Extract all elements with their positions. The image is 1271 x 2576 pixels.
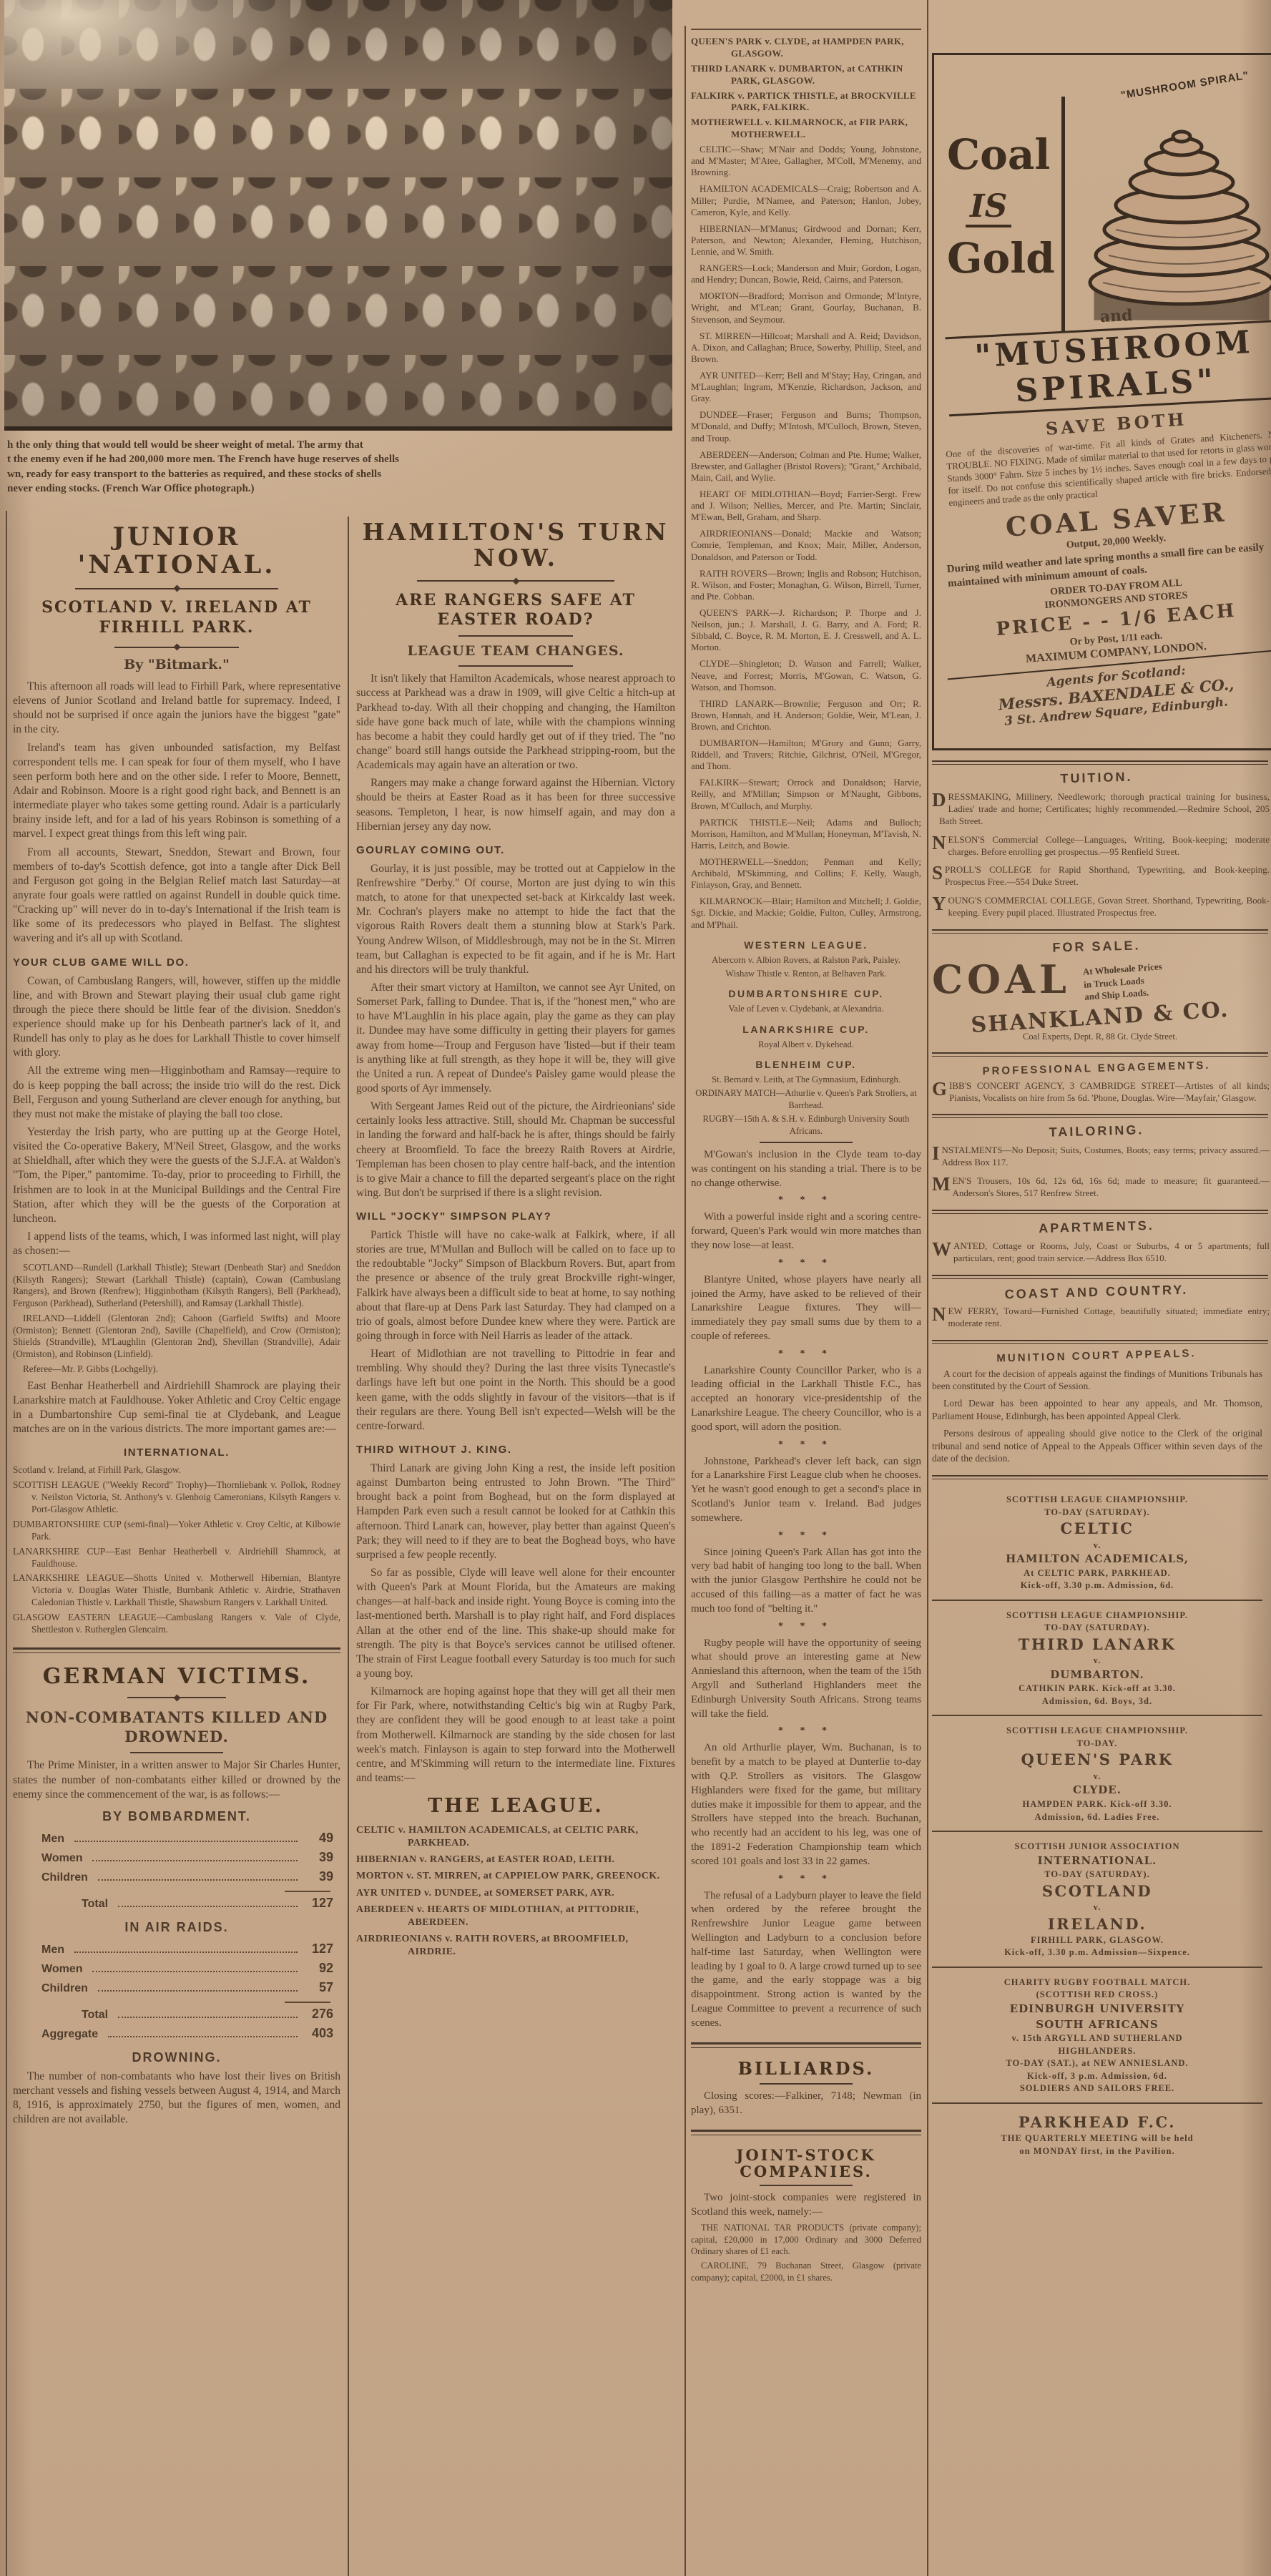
fixtures-list: Scotland v. Ireland, at Firhill Park, Gl… — [13, 1464, 340, 1636]
article-paragraph: East Benhar Heatherbell and Airdriehill … — [13, 1379, 340, 1437]
photo-caption: h the only thing that would tell would b… — [7, 438, 631, 496]
fixture-line: Abercorn v. Albion Rovers, at Ralston Pa… — [691, 954, 921, 966]
advert-line: Kick-off, 3.30 p.m. Admission, 6d. — [932, 1580, 1262, 1592]
advert-line: TO-DAY. — [932, 1738, 1262, 1750]
caption-line: wn, ready for easy transport to the batt… — [7, 467, 631, 481]
advert-line: CATHKIN PARK. Kick-off at 3.30. — [932, 1683, 1262, 1695]
classified-ad: INSTALMENTS—No Deposit; Suits, Costumes,… — [932, 1145, 1270, 1169]
event-advert: PARKHEAD F.C.THE QUARTERLY MEETING will … — [932, 2102, 1262, 2165]
news-note: Since joining Queen's Park Allan has got… — [691, 1546, 921, 1617]
column-rule-1-2 — [348, 516, 349, 2576]
advert-line: Kick-off, 3.30 p.m. Admission—Sixpence. — [932, 1946, 1262, 1959]
mushroom-spiral-ad: Coal IS Gold — [932, 53, 1271, 750]
casualty-row: Total276 — [13, 2004, 340, 2024]
tailoring-classifieds: INSTALMENTS—No Deposit; Suits, Costumes,… — [932, 1145, 1271, 1200]
bombardment-total: Total127 — [13, 1894, 340, 1913]
gold-word: Gold — [947, 235, 1054, 283]
rangers-safe-subtitle: ARE RANGERS SAFE AT EASTER ROAD? — [362, 591, 669, 630]
munition-paragraph: Lord Dewar has been appointed to hear an… — [932, 1397, 1262, 1423]
professional-head: PROFESSIONAL ENGAGEMENTS. — [932, 1058, 1261, 1079]
team-selection: HEART OF MIDLOTHIAN—Boyd; Farrier-Sergt.… — [691, 489, 921, 523]
advert-line: FIRHILL PARK, GLASGOW. — [932, 1934, 1262, 1947]
scotland-ireland-subtitle: SCOTLAND V. IRELAND AT FIRHILL PARK. — [19, 598, 335, 637]
news-note: Johnstone, Parkhead's clever left back, … — [691, 1455, 921, 1526]
casualty-row: Men127 — [13, 1939, 340, 1959]
advert-line: HAMILTON ACADEMICALS, — [932, 1552, 1262, 1567]
advert-line: TO-DAY (SAT.), at NEW ANNIESLAND. — [932, 2057, 1262, 2070]
team-selection: DUNDEE—Fraser; Ferguson and Burns; Thomp… — [691, 409, 921, 444]
subhead-club-game: YOUR CLUB GAME WILL DO. — [13, 956, 340, 969]
subhead-international: INTERNATIONAL. — [13, 1446, 340, 1459]
star-separator: * * * — [691, 1530, 921, 1542]
column-hamiltons-turn: HAMILTON'S TURN NOW. ARE RANGERS SAFE AT… — [356, 516, 675, 2574]
classified-ad: MEN'S Trousers, 10s 6d, 12s 6d, 16s 6d; … — [932, 1175, 1270, 1200]
star-separator: * * * — [691, 1258, 921, 1269]
advert-line: EDINBURGH UNIVERSITY — [932, 2002, 1262, 2017]
advert-line: CLYDE. — [932, 1783, 1262, 1798]
league-fixture: HIBERNIAN v. RANGERS, at EASTER ROAD, LE… — [356, 1853, 675, 1866]
war-photo-shell-stacks — [4, 0, 672, 431]
column-advertisements: Coal IS Gold — [932, 13, 1271, 2574]
team-selection: ST. MIRREN—Hillcoat; Marshall and A. Rei… — [691, 330, 921, 365]
joint-stock-intro: Two joint-stock companies were registere… — [691, 2191, 921, 2220]
team-selection: MOTHERWELL—Sneddon; Penman and Kelly; Ar… — [691, 856, 921, 891]
section-divider — [932, 1114, 1268, 1118]
is-word: IS — [966, 188, 1011, 227]
event-advert: SCOTTISH LEAGUE CHAMPIONSHIP.TO-DAY.QUEE… — [932, 1715, 1262, 1831]
advert-line: SCOTTISH LEAGUE CHAMPIONSHIP. — [932, 1725, 1262, 1738]
league-fixture: AIRDRIEONIANS v. RAITH ROVERS, at BROOMF… — [356, 1933, 675, 1959]
team-selection: QUEEN'S PARK—J. Richardson; P. Thorpe an… — [691, 607, 921, 653]
news-note: An old Arthurlie player, Wm. Buchanan, i… — [691, 1741, 921, 1869]
apartments-classifieds: WANTED, Cottage or Rooms, July, Coast or… — [932, 1240, 1271, 1265]
subhead-jocky-simpson: WILL "JOCKY" SIMPSON PLAY? — [356, 1210, 675, 1223]
fixture-line: Royal Albert v. Dykehead. — [691, 1039, 921, 1050]
billiards-scores: Closing scores:—Falkiner, 7148; Newman (… — [691, 2090, 921, 2118]
drowning-text: The number of non-combatants who have lo… — [13, 2070, 340, 2127]
section-divider — [13, 1647, 340, 1653]
advert-line: Admission, 6d. Ladies Free. — [932, 1811, 1262, 1824]
league-fixture: ABERDEEN v. HEARTS OF MIDLOTHIAN, at PIT… — [356, 1904, 675, 1929]
classified-ad: DRESSMAKING, Millinery, Needlework; thor… — [932, 791, 1270, 828]
match-adverts: SCOTTISH LEAGUE CHAMPIONSHIP.TO-DAY (SAT… — [932, 1485, 1271, 2165]
photo-shading — [4, 0, 672, 426]
fixture-line: GLASGOW EASTERN LEAGUE—Cambuslang Ranger… — [13, 1612, 340, 1636]
coal-for-sale-ad: COAL At Wholesale Pricesin Truck Loadsan… — [932, 960, 1267, 1001]
newspaper-page: h the only thing that would tell would b… — [0, 0, 1271, 2576]
advert-line: v. — [932, 1539, 1262, 1552]
advert-line: v. — [932, 1771, 1262, 1783]
fixture-line: LANARKSHIRE LEAGUE—Shotts United v. Moth… — [13, 1572, 340, 1609]
casualty-row: Men49 — [13, 1828, 340, 1848]
team-list: IRELAND—Liddell (Glentoran 2nd); Cahoon … — [13, 1313, 340, 1360]
article-paragraph: Rangers may make a change forward agains… — [356, 776, 675, 834]
classified-ad: NEW FERRY, Toward—Furnished Cottage, bea… — [932, 1306, 1270, 1330]
advert-line: Kick-off, 3 p.m. Admission, 6d. — [932, 2070, 1262, 2083]
article-paragraph: Partick Thistle will have no cake-walk a… — [356, 1228, 675, 1343]
bombardment-head: BY BOMBARDMENT. — [13, 1809, 340, 1824]
article-body: East Benhar Heatherbell and Airdriehill … — [13, 1379, 340, 1437]
league-fixture: THIRD LANARK v. DUMBARTON, at CATHKIN PA… — [691, 63, 921, 87]
drowning-head: DROWNING. — [13, 2050, 340, 2065]
advert-line: INTERNATIONAL. — [932, 1853, 1262, 1869]
advert-line: CHARITY RUGBY FOOTBALL MATCH. — [932, 1977, 1262, 1989]
billiards-title: BILLIARDS. — [691, 2060, 921, 2078]
ornament-rule — [417, 579, 615, 584]
tailoring-head: TAILORING. — [932, 1120, 1261, 1143]
article-paragraph: Ireland's team has given unbounded satis… — [13, 741, 340, 842]
team-selection: RANGERS—Lock; Manderson and Muir; Gordon… — [691, 263, 921, 285]
short-rule — [458, 635, 573, 637]
section-divider — [691, 2042, 921, 2048]
western-league-head: WESTERN LEAGUE. — [691, 939, 921, 951]
left-edge-rule — [6, 511, 7, 2576]
section-divider — [932, 1052, 1268, 1057]
german-victims-title: GERMAN VICTIMS. — [13, 1665, 340, 1688]
fixture-line: Vale of Leven v. Clydebank, at Alexandri… — [691, 1003, 921, 1014]
league-fixture: CELTIC v. HAMILTON ACADEMICALS, at CELTI… — [356, 1824, 675, 1850]
caption-line: never ending stocks. (French War Office … — [7, 481, 631, 496]
classified-ad: SPROLL'S COLLEGE for Rapid Shorthand, Ty… — [932, 864, 1270, 888]
section-divider — [932, 1475, 1268, 1479]
article-body: It isn't likely that Hamilton Academical… — [356, 672, 675, 834]
dumbartonshire-cup-lines: Vale of Leven v. Clydebank, at Alexandri… — [691, 1003, 921, 1014]
classified-ad: WANTED, Cottage or Rooms, July, Coast or… — [932, 1240, 1270, 1265]
fixture-line: SCOTTISH LEAGUE ("Weekly Record" Trophy)… — [13, 1479, 340, 1516]
section-divider — [932, 1275, 1268, 1279]
team-lists: SCOTLAND—Rundell (Larkhall Thistle); Ste… — [13, 1262, 340, 1360]
team-selection: CLYDE—Shingleton; D. Watson and Farrell;… — [691, 658, 921, 692]
fixtures-continued: QUEEN'S PARK v. CLYDE, at HAMPDEN PARK, … — [691, 36, 921, 141]
table-rule — [285, 2002, 330, 2003]
german-victims-intro: The Prime Minister, in a written answer … — [13, 1758, 340, 1801]
dumbartonshire-cup-head: DUMBARTONSHIRE CUP. — [691, 988, 921, 999]
column-junior-national: JUNIOR 'NATIONAL. SCOTLAND V. IRELAND AT… — [13, 521, 340, 2572]
league-fixtures: CELTIC v. HAMILTON ACADEMICALS, at CELTI… — [356, 1824, 675, 1959]
section-divider — [932, 1340, 1268, 1344]
subhead-gourlay: GOURLAY COMING OUT. — [356, 844, 675, 856]
team-selection: FALKIRK—Stewart; Orrock and Donaldson; H… — [691, 777, 921, 811]
the-league-title: THE LEAGUE. — [356, 1796, 675, 1817]
article-body: Cowan, of Cambuslang Rangers, will, howe… — [13, 974, 340, 1259]
tuition-classifieds: DRESSMAKING, Millinery, Needlework; thor… — [932, 791, 1271, 919]
western-league-lines: Abercorn v. Albion Rovers, at Ralston Pa… — [691, 954, 921, 980]
fixture-line: Wishaw Thistle v. Renton, at Belhaven Pa… — [691, 968, 921, 979]
article-paragraph: So far as possible, Clyde will leave wel… — [356, 1566, 675, 1681]
joint-stock-title: JOINT-STOCK COMPANIES. — [691, 2147, 921, 2180]
team-list: SCOTLAND—Rundell (Larkhall Thistle); Ste… — [13, 1262, 340, 1309]
advert-line: THIRD LANARK — [932, 1635, 1262, 1655]
team-selection: ABERDEEN—Anderson; Colman and Pte. Hume;… — [691, 449, 921, 484]
air-raids-table: Men127Women92Children57 — [13, 1939, 340, 1997]
advert-line: v. — [932, 1901, 1262, 1914]
advert-line: on MONDAY first, in the Pavilion. — [932, 2145, 1262, 2158]
article-body: Third Lanark are giving John King a rest… — [356, 1461, 675, 1786]
event-advert: SCOTTISH JUNIOR ASSOCIATIONINTERNATIONAL… — [932, 1831, 1262, 1967]
fixture-line: RUGBY—15th A. & S.H. v. Edinburgh Univer… — [691, 1113, 921, 1137]
team-selection: HIBERNIAN—M'Manus; Girdwood and Dornan; … — [691, 223, 921, 258]
section-divider — [932, 929, 1268, 934]
article-paragraph: It isn't likely that Hamilton Academical… — [356, 672, 675, 773]
article-body: Gourlay, it is just possible, may be tro… — [356, 862, 675, 1200]
coal-sale-lines: At Wholesale Pricesin Truck Loadsand Shi… — [1082, 960, 1164, 1003]
news-note: Blantyre United, whose players have near… — [691, 1273, 921, 1344]
coal-word: Coal — [947, 131, 1054, 179]
league-fixture: FALKIRK v. PARTICK THISTLE, at BROCKVILL… — [691, 90, 921, 114]
event-advert: CHARITY RUGBY FOOTBALL MATCH.(SCOTTISH R… — [932, 1967, 1262, 2102]
article-paragraph: This afternoon all roads will lead to Fi… — [13, 680, 340, 738]
advert-line: PARKHEAD F.C. — [932, 2112, 1262, 2132]
column3-top-rule — [691, 29, 921, 30]
for-sale-head: FOR SALE. — [932, 935, 1261, 959]
team-selection: RAITH ROVERS—Brown; Inglis and Robson; H… — [691, 568, 921, 602]
referee-line: Referee—Mr. P. Gibbs (Lochgelly). — [13, 1363, 340, 1376]
coal-display-word: COAL — [932, 960, 1071, 999]
casualty-row: Aggregate403 — [13, 2024, 340, 2043]
advert-line: SCOTTISH LEAGUE CHAMPIONSHIP. — [932, 1494, 1262, 1507]
professional-classifieds: GIBB'S CONCERT AGENCY, 3 CAMBRIDGE STREE… — [932, 1080, 1271, 1105]
advert-line: TO-DAY (SATURDAY). — [932, 1507, 1262, 1519]
team-selection: AIRDRIEONIANS—Donald; Mackie and Watson;… — [691, 528, 921, 562]
league-fixture: MOTHERWELL v. KILMARNOCK, at FIR PARK, M… — [691, 117, 921, 141]
news-note: Lanarkshire County Councillor Parker, wh… — [691, 1364, 921, 1435]
german-victims-subtitle: NON-COMBATANTS KILLED AND DROWNED. — [17, 1708, 336, 1747]
munition-court-head: MUNITION COURT APPEALS. — [932, 1346, 1261, 1366]
article-paragraph: I append lists of the teams, which, I wa… — [13, 1230, 340, 1258]
column-teams-and-notes: QUEEN'S PARK v. CLYDE, at HAMPDEN PARK, … — [691, 36, 921, 2574]
star-separator: * * * — [691, 1195, 921, 1206]
team-selection: AYR UNITED—Kerr; Bell and M'Stay; Hay, C… — [691, 370, 921, 404]
article-paragraph: Kilmarnock are hoping against hope that … — [356, 1685, 675, 1786]
news-note: The refusal of a Ladyburn player to leav… — [691, 1889, 921, 2031]
short-rule — [760, 2083, 853, 2085]
coast-country-head: COAST AND COUNTRY. — [932, 1280, 1261, 1304]
casualty-row: Children57 — [13, 1978, 340, 1997]
fixture-line: St. Bernard v. Leith, at The Gymnasium, … — [691, 1074, 921, 1085]
caption-line: t the enemy even if he had 200,000 more … — [7, 452, 631, 466]
casualty-row: Women39 — [13, 1848, 340, 1867]
blenheim-cup-lines: St. Bernard v. Leith, at The Gymnasium, … — [691, 1074, 921, 1137]
advert-line: IRELAND. — [932, 1914, 1262, 1934]
article-paragraph: Heart of Midlothian are not travelling t… — [356, 1347, 675, 1434]
caption-line: h the only thing that would tell would b… — [7, 438, 631, 452]
advert-line: CELTIC — [932, 1519, 1262, 1539]
column-rule-3-4 — [927, 0, 928, 2576]
column-rule-2-3 — [684, 26, 686, 2576]
lanarkshire-cup-lines: Royal Albert v. Dykehead. — [691, 1039, 921, 1050]
table-rule — [285, 1891, 330, 1892]
advert-line: QUEEN'S PARK — [932, 1750, 1262, 1770]
advert-line: SOUTH AFRICANS — [932, 2017, 1262, 2033]
news-note: Rugby people will have the opportunity o… — [691, 1637, 921, 1722]
league-fixture: QUEEN'S PARK v. CLYDE, at HAMPDEN PARK, … — [691, 36, 921, 60]
advert-line: TO-DAY (SATURDAY). — [932, 1622, 1262, 1635]
event-advert: SCOTTISH LEAGUE CHAMPIONSHIP.TO-DAY (SAT… — [932, 1485, 1262, 1600]
star-separator: * * * — [691, 1439, 921, 1451]
team-selection: PARTICK THISTLE—Neil; Adams and Bulloch;… — [691, 817, 921, 851]
advert-line: HAMPDEN PARK. Kick-off 3.30. — [932, 1798, 1262, 1811]
casualty-row: Women92 — [13, 1959, 340, 1978]
article-body: Partick Thistle will have no cake-walk a… — [356, 1228, 675, 1434]
ornament-rule — [127, 1695, 225, 1700]
coal-is-gold-slogan: Coal IS Gold — [947, 131, 1054, 282]
tuition-head: TUITION. — [932, 766, 1261, 790]
league-team-changes-head: LEAGUE TEAM CHANGES. — [360, 642, 671, 660]
team-selections: CELTIC—Shaw; M'Nair and Dodds; Young, Jo… — [691, 144, 921, 931]
short-rule — [458, 665, 573, 667]
event-advert: SCOTTISH LEAGUE CHAMPIONSHIP.TO-DAY (SAT… — [932, 1600, 1262, 1715]
star-separator: * * * — [691, 1874, 921, 1885]
company-registration: CAROLINE, 79 Buchanan Street, Glasgow (p… — [691, 2260, 921, 2283]
fixture-line: Scotland v. Ireland, at Firhill Park, Gl… — [13, 1464, 340, 1476]
short-rule — [760, 2185, 853, 2186]
air-raids-head: IN AIR RAIDS. — [13, 1920, 340, 1935]
league-fixture: AYR UNITED v. DUNDEE, at SOMERSET PARK, … — [356, 1887, 675, 1900]
advert-line: v. 15th ARGYLL AND SUTHERLAND — [932, 2032, 1262, 2045]
short-rule — [760, 1142, 853, 1143]
ornament-rule — [75, 586, 278, 591]
advert-line: SOLDIERS AND SAILORS FREE. — [932, 2082, 1262, 2095]
air-raids-total: Total276Aggregate403 — [13, 2004, 340, 2043]
league-fixture: MORTON v. ST. MIRREN, at CAPPIELOW PARK,… — [356, 1870, 675, 1883]
news-note: M'Gowan's inclusion in the Clyde team to… — [691, 1148, 921, 1190]
team-selection: DUMBARTON—Hamilton; M'Grory and Gunn; Ga… — [691, 738, 921, 772]
star-separator: * * * — [691, 1621, 921, 1632]
advert-line: HIGHLANDERS. — [932, 2045, 1262, 2058]
ornament-rule — [114, 645, 239, 650]
article-paragraph: Yesterday the Irish party, who are putti… — [13, 1125, 340, 1226]
advert-line: SCOTTISH JUNIOR ASSOCIATION — [932, 1841, 1262, 1853]
team-selection: CELTIC—Shaw; M'Nair and Dodds; Young, Jo… — [691, 144, 921, 178]
article-paragraph: With Sergeant James Reid out of the pict… — [356, 1100, 675, 1200]
byline-bitmark: By "Bitmark." — [13, 657, 340, 672]
casualty-row: Children39 — [13, 1867, 340, 1886]
ad-divider-bar — [1061, 97, 1065, 333]
advert-line: THE QUARTERLY MEETING will be held — [932, 2132, 1262, 2145]
news-note: With a powerful inside right and a scori… — [691, 1210, 921, 1253]
junior-national-title: JUNIOR 'NATIONAL. — [13, 524, 340, 579]
apartments-head: APARTMENTS. — [932, 1215, 1261, 1239]
classified-ad: YOUNG'S COMMERCIAL COLLEGE, Govan Street… — [932, 895, 1270, 919]
team-selection: MORTON—Bradford; Morrison and Ormonde; M… — [691, 290, 921, 325]
company-registration: THE NATIONAL TAR PRODUCTS (private compa… — [691, 2222, 921, 2257]
section-divider — [932, 1210, 1268, 1214]
section-divider — [932, 760, 1268, 765]
advert-line: v. — [932, 1655, 1262, 1667]
joint-stock-items: THE NATIONAL TAR PRODUCTS (private compa… — [691, 2222, 921, 2283]
mushroom-spirals-brand: "MUSHROOM SPIRALS" — [945, 320, 1271, 417]
coast-classifieds: NEW FERRY, Toward—Furnished Cottage, bea… — [932, 1306, 1271, 1330]
section-divider — [691, 2130, 921, 2135]
fixture-line: ORDINARY MATCH—Athurlie v. Queen's Park … — [691, 1087, 921, 1111]
team-selection: HAMILTON ACADEMICALS—Craig; Robertson an… — [691, 183, 921, 217]
munition-paragraph: Persons desirous of appealing should giv… — [932, 1427, 1262, 1465]
article-body: This afternoon all roads will lead to Fi… — [13, 680, 340, 946]
article-paragraph: All the extreme wing men—Higginbotham an… — [13, 1064, 340, 1122]
article-paragraph: After their smart victory at Hamilton, w… — [356, 981, 675, 1096]
classified-ad: NELSON'S Commercial College—Languages, W… — [932, 834, 1270, 858]
team-selection: THIRD LANARK—Brownlie; Ferguson and Orr;… — [691, 698, 921, 733]
short-rule — [130, 1752, 223, 1753]
subhead-third-without-king: THIRD WITHOUT J. KING. — [356, 1444, 675, 1456]
notes-column: M'Gowan's inclusion in the Clyde team to… — [691, 1148, 921, 2031]
article-paragraph: Gourlay, it is just possible, may be tro… — [356, 862, 675, 977]
lanarkshire-cup-head: LANARKSHIRE CUP. — [691, 1024, 921, 1035]
advert-line: TO-DAY (SATURDAY). — [932, 1869, 1262, 1881]
advert-line: Admission, 6d. Boys, 3d. — [932, 1695, 1262, 1708]
fixture-line: DUMBARTONSHIRE CUP (semi-final)—Yoker At… — [13, 1519, 340, 1543]
hamiltons-turn-title: HAMILTON'S TURN NOW. — [356, 519, 675, 572]
munition-court-text: A court for the decision of appeals agai… — [932, 1368, 1271, 1466]
advert-line: SCOTLAND — [932, 1881, 1262, 1901]
article-paragraph: Cowan, of Cambuslang Rangers, will, howe… — [13, 974, 340, 1061]
fixture-line: LANARKSHIRE CUP—East Benhar Heatherbell … — [13, 1546, 340, 1570]
article-paragraph: From all accounts, Stewart, Sneddon, Ste… — [13, 846, 340, 946]
team-selection: KILMARNOCK—Blair; Hamilton and Mitchell;… — [691, 896, 921, 930]
bombardment-table: Men49Women39Children39 — [13, 1828, 340, 1886]
star-separator: * * * — [691, 1725, 921, 1737]
advert-line: DUMBARTON. — [932, 1667, 1262, 1683]
classified-ad: GIBB'S CONCERT AGENCY, 3 CAMBRIDGE STREE… — [932, 1080, 1270, 1105]
star-separator: * * * — [691, 1348, 921, 1360]
advert-line: SCOTTISH LEAGUE CHAMPIONSHIP. — [932, 1610, 1262, 1622]
advert-line: (SCOTTISH RED CROSS.) — [932, 1989, 1262, 2002]
casualty-row: Total127 — [13, 1894, 340, 1913]
article-paragraph: Third Lanark are giving John King a rest… — [356, 1461, 675, 1562]
advert-line: At CELTIC PARK, PARKHEAD. — [932, 1567, 1262, 1580]
blenheim-cup-head: BLENHEIM CUP. — [691, 1059, 921, 1070]
munition-paragraph: A court for the decision of appeals agai… — [932, 1368, 1262, 1394]
